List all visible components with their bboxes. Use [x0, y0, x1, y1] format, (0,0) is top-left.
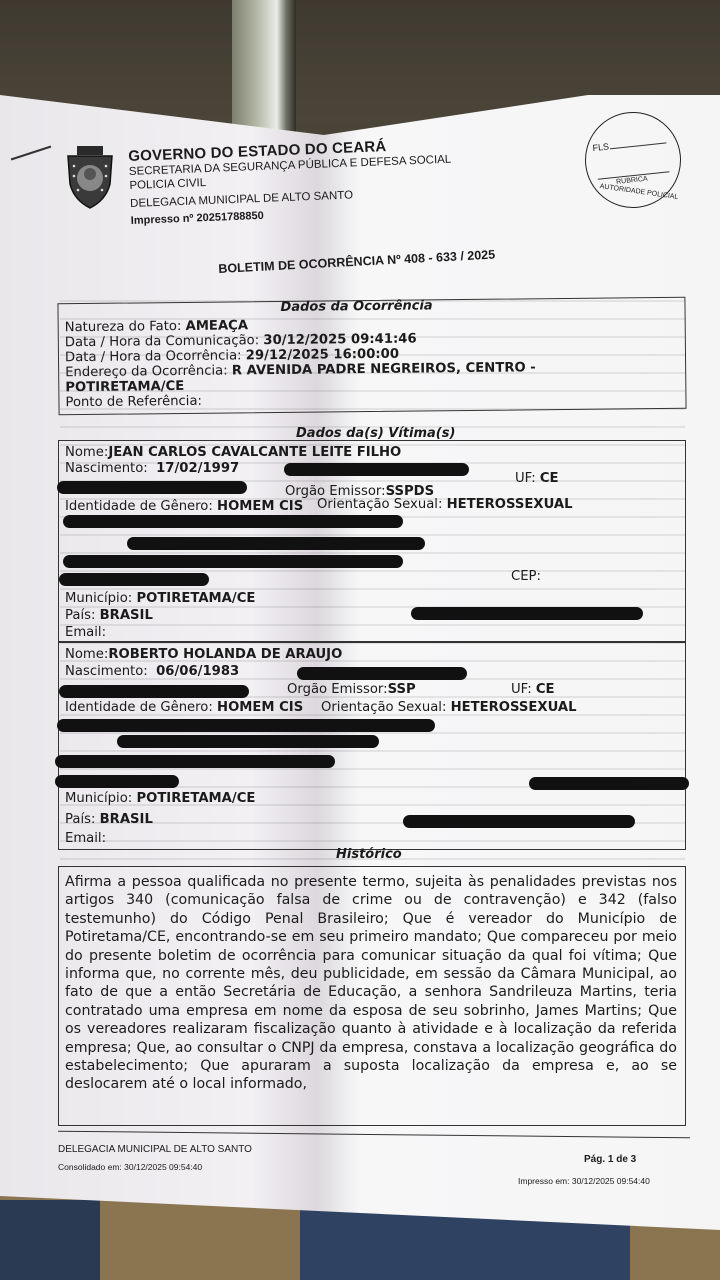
field-label: Natureza do Fato:: [65, 319, 182, 335]
footer-printed: Impresso em: 30/12/2025 09:54:40: [518, 1176, 650, 1186]
field-value: HOMEM CIS: [217, 499, 303, 514]
history-text: Afirma a pessoa qualificada no presente …: [65, 873, 677, 1094]
field-label: Identidade de Gênero:: [65, 499, 213, 514]
field-label: País:: [65, 812, 95, 827]
field-value: R AVENIDA PADRE NEGREIROS, CENTRO -: [232, 360, 536, 378]
field-value: 29/12/2025 16:00:00: [246, 347, 399, 364]
field-value: POTIRETAMA/CE: [65, 379, 184, 395]
redaction-bar: [411, 607, 643, 620]
victim-orientation: Orientação Sexual: HETEROSSEXUAL: [317, 497, 573, 512]
authority-label: AUTORIDADE POLICIAL: [599, 183, 678, 201]
redaction-bar: [59, 685, 249, 698]
victim-uf: UF: CE: [511, 682, 555, 697]
report-number-title: BOLETIM DE OCORRÊNCIA Nº 408 - 633 / 202…: [218, 247, 495, 275]
field-label: Orientação Sexual:: [317, 497, 442, 512]
police-report-document: GOVERNO DO ESTADO DO CEARÁ SECRETARIA DA…: [0, 0, 720, 1280]
redaction-bar: [63, 555, 403, 568]
victim-name: Nome:ROBERTO HOLANDA DE ARAUJO: [65, 647, 342, 662]
redaction-bar: [117, 735, 379, 748]
victim-issuer: Orgão Emissor:SSP: [287, 682, 416, 697]
redaction-bar: [63, 515, 403, 528]
field-value: CE: [540, 471, 559, 486]
field-label: Email:: [65, 625, 106, 640]
footer-precinct: DELEGACIA MUNICIPAL DE ALTO SANTO: [58, 1144, 252, 1155]
field-value: HOMEM CIS: [217, 700, 303, 715]
field-label: Orientação Sexual:: [321, 700, 446, 715]
field-label: País:: [65, 608, 95, 623]
field-label: UF:: [511, 682, 532, 697]
field-reference-point: Ponto de Referência:: [65, 394, 202, 410]
field-label: Identidade de Gênero:: [65, 700, 213, 715]
victim-birth: Nascimento: 17/02/1997: [65, 461, 239, 476]
footer-consolidated: Consolidado em: 30/12/2025 09:54:40: [58, 1162, 202, 1172]
field-label: Nome:: [65, 647, 108, 662]
redaction-bar: [57, 719, 435, 732]
redaction-bar: [529, 777, 689, 790]
field-address-city: POTIRETAMA/CE: [65, 379, 184, 395]
redaction-bar: [127, 537, 425, 550]
victim-gender: Identidade de Gênero: HOMEM CIS: [65, 499, 303, 514]
document-header: GOVERNO DO ESTADO DO CEARÁ SECRETARIA DA…: [128, 136, 453, 227]
field-label: UF:: [515, 471, 536, 486]
field-label: CEP:: [511, 569, 541, 584]
victim-card: Nome:ROBERTO HOLANDA DE ARAUJO Nasciment…: [58, 642, 686, 850]
field-value: CE: [536, 682, 555, 697]
redaction-bar: [297, 667, 467, 680]
field-value: ROBERTO HOLANDA DE ARAUJO: [108, 647, 342, 662]
field-label: Nome:: [65, 445, 108, 460]
field-value: 30/12/2025 09:41:46: [263, 332, 416, 349]
fls-line: [611, 142, 667, 149]
printed-number-label: Impresso nº: [131, 213, 194, 227]
field-label: Município:: [65, 591, 132, 606]
fls-label: FLS.: [592, 141, 612, 153]
field-value: POTIRETAMA/CE: [136, 591, 255, 606]
victim-cep: CEP:: [511, 569, 541, 584]
history-section-title: Histórico: [336, 847, 402, 862]
victim-city: Município: POTIRETAMA/CE: [65, 591, 255, 606]
state-crest-icon: [64, 144, 116, 210]
victim-birth: Nascimento: 06/06/1983: [65, 664, 239, 679]
field-value: HETEROSSEXUAL: [451, 700, 577, 715]
field-value: BRASIL: [100, 812, 153, 827]
field-value: JEAN CARLOS CAVALCANTE LEITE FILHO: [108, 445, 401, 460]
field-value: 06/06/1983: [156, 664, 239, 679]
victim-uf: UF: CE: [515, 471, 559, 486]
redaction-bar: [57, 481, 247, 494]
victim-orientation: Orientação Sexual: HETEROSSEXUAL: [321, 700, 577, 715]
redaction-bar: [403, 815, 635, 828]
occurrence-section-title: Dados da Ocorrência: [280, 298, 432, 315]
printed-number-value: 20251788850: [196, 210, 264, 225]
field-value: 17/02/1997: [156, 461, 239, 476]
footer-page-number: Pág. 1 de 3: [584, 1154, 636, 1165]
victim-city: Município: POTIRETAMA/CE: [65, 791, 255, 806]
field-label: Endereço da Ocorrência:: [65, 364, 228, 381]
victim-email: Email:: [65, 625, 106, 640]
victim-name: Nome:JEAN CARLOS CAVALCANTE LEITE FILHO: [65, 445, 401, 460]
victim-card: Nome:JEAN CARLOS CAVALCANTE LEITE FILHO …: [58, 440, 686, 642]
occurrence-section: Dados da Ocorrência Natureza do Fato: AM…: [57, 297, 686, 416]
field-label: Nascimento:: [65, 664, 148, 679]
redaction-bar: [59, 573, 209, 586]
victims-section-title: Dados da(s) Vítima(s): [296, 426, 455, 441]
field-value: BRASIL: [100, 608, 153, 623]
redaction-bar: [284, 463, 469, 476]
footer-divider: [58, 1131, 690, 1139]
victim-email: Email:: [65, 831, 106, 846]
field-value: POTIRETAMA/CE: [136, 791, 255, 806]
authority-stamp: FLS. RUBRICA AUTORIDADE POLICIAL: [580, 107, 686, 213]
field-label: Orgão Emissor:: [287, 682, 388, 697]
field-value: HETEROSSEXUAL: [447, 497, 573, 512]
redaction-bar: [55, 755, 335, 768]
victim-country: País: BRASIL: [65, 608, 153, 623]
field-value: AMEAÇA: [185, 318, 248, 334]
redaction-bar: [55, 775, 179, 788]
victim-country: País: BRASIL: [65, 812, 153, 827]
field-value: SSP: [388, 682, 416, 697]
field-label: Nascimento:: [65, 461, 148, 476]
field-label: Ponto de Referência:: [65, 394, 202, 410]
victim-gender: Identidade de Gênero: HOMEM CIS: [65, 700, 303, 715]
history-section: Afirma a pessoa qualificada no presente …: [58, 866, 686, 1126]
pen-mark: [11, 146, 52, 161]
field-label: Email:: [65, 831, 106, 846]
field-label: Município:: [65, 791, 132, 806]
